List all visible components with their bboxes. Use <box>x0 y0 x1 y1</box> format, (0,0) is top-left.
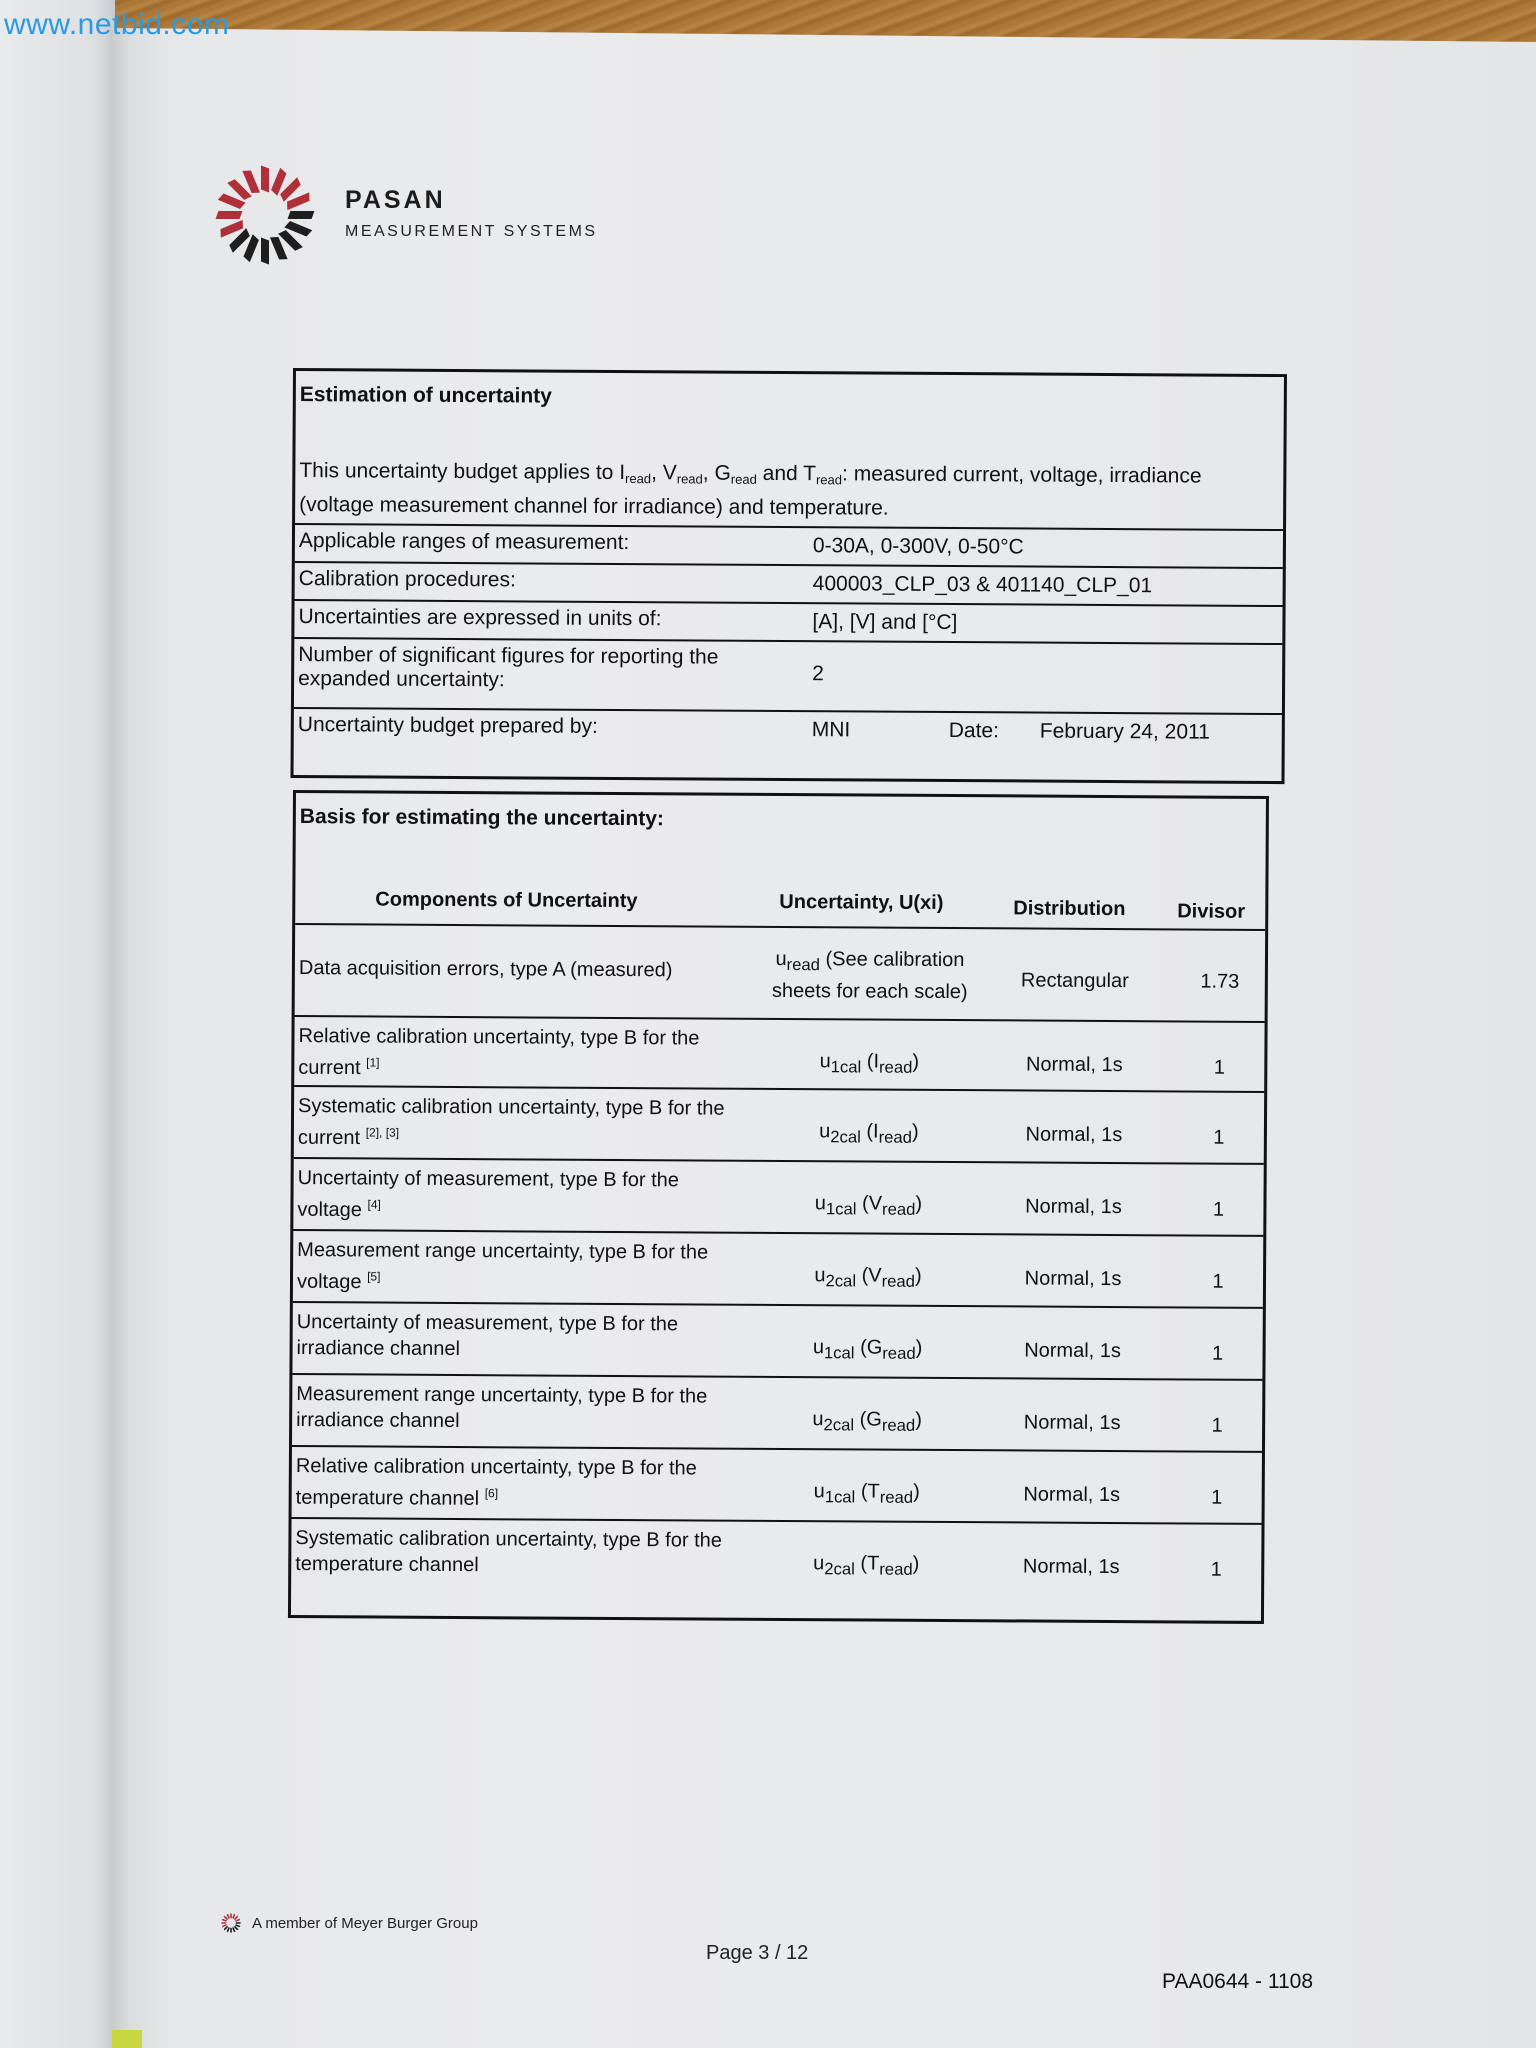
uncertainty-cell: u1cal (Iread) <box>764 1048 974 1081</box>
row-label: Calibration procedures: <box>299 567 769 594</box>
date-value: February 24, 2011 <box>1040 720 1210 745</box>
row-label: Applicable ranges of measurement: <box>299 529 769 556</box>
header-uncertainty: Uncertainty, U(xi) <box>779 891 943 915</box>
header-distribution: Distribution <box>1013 897 1125 921</box>
brand-subtitle: MEASUREMENT SYSTEMS <box>345 223 598 241</box>
divisor-cell: 1 <box>1173 1268 1263 1295</box>
uncertainty-row: Data acquisition errors, type A (measure… <box>295 923 1266 1023</box>
component-cell: Uncertainty of measurement, type B for t… <box>297 1165 737 1225</box>
distribution-cell: Rectangular <box>995 967 1155 994</box>
component-cell: Systematic calibration uncertainty, type… <box>295 1525 735 1580</box>
brand-name: PASAN <box>345 186 598 215</box>
row-value: 400003_CLP_03 & 401140_CLP_01 <box>813 572 1153 598</box>
distribution-cell: Normal, 1s <box>992 1481 1152 1508</box>
uncertainty-cell: u2cal (Gread) <box>762 1406 972 1439</box>
uncertainty-row: Systematic calibration uncertainty, type… <box>294 1085 1264 1165</box>
uncertainty-cell: uread (See calibration sheets for each s… <box>765 946 975 1005</box>
component-cell: Uncertainty of measurement, type B for t… <box>297 1309 737 1364</box>
page-number: Page 3 / 12 <box>706 1942 808 1965</box>
component-cell: Data acquisition errors, type A (measure… <box>299 955 769 984</box>
distribution-cell: Normal, 1s <box>993 1193 1153 1220</box>
row-value: [A], [V] and [°C] <box>812 610 957 635</box>
pasan-logo-icon <box>210 160 320 270</box>
uncertainty-row: Uncertainty of measurement, type B for t… <box>293 1157 1263 1237</box>
divisor-cell: 1 <box>1172 1484 1262 1511</box>
component-cell: Measurement range uncertainty, type B fo… <box>297 1237 737 1297</box>
component-cell: Systematic calibration uncertainty, type… <box>298 1093 738 1153</box>
row-label: Number of significant figures for report… <box>298 643 768 694</box>
basis-title: Basis for estimating the uncertainty: <box>296 793 1266 835</box>
row-label: Uncertainty budget prepared by: <box>298 713 768 740</box>
document-id: PAA0644 - 1108 <box>1162 1970 1313 1994</box>
mini-logo-icon <box>218 1912 244 1934</box>
distribution-cell: Normal, 1s <box>993 1265 1153 1292</box>
distribution-cell: Normal, 1s <box>991 1553 1151 1580</box>
watermark: www.netbid.com <box>4 8 229 42</box>
brand: PASAN MEASUREMENT SYSTEMS <box>345 186 598 241</box>
uncertainty-row: Systematic calibration uncertainty, type… <box>291 1517 1262 1617</box>
component-cell: Relative calibration uncertainty, type B… <box>296 1453 736 1513</box>
estimation-table: Estimation of uncertainty This uncertain… <box>290 368 1286 784</box>
uncertainty-cell: u1cal (Gread) <box>762 1334 972 1367</box>
component-cell: Relative calibration uncertainty, type B… <box>298 1023 738 1083</box>
distribution-cell: Normal, 1s <box>993 1337 1153 1364</box>
member-text: A member of Meyer Burger Group <box>252 1915 478 1932</box>
yellow-tab <box>112 2030 142 2048</box>
row-value: 2 <box>812 662 824 686</box>
uncertainty-row: Measurement range uncertainty, type B fo… <box>292 1373 1262 1453</box>
uncertainty-cell: u2cal (Tread) <box>761 1550 971 1583</box>
row-value: MNI <box>812 718 851 742</box>
uncertainty-cell: u1cal (Tread) <box>762 1478 972 1511</box>
row-value: 0-30A, 0-300V, 0-50°C <box>813 534 1024 559</box>
uncertainty-row: Relative calibration uncertainty, type B… <box>294 1015 1264 1093</box>
header-components: Components of Uncertainty <box>375 889 637 914</box>
footer-member: A member of Meyer Burger Group <box>218 1912 478 1934</box>
basis-table: Basis for estimating the uncertainty: Co… <box>288 790 1269 1624</box>
estimation-intro: This uncertainty budget applies to Iread… <box>295 457 1283 525</box>
divisor-cell: 1 <box>1171 1556 1261 1583</box>
distribution-cell: Normal, 1s <box>992 1409 1152 1436</box>
uncertainty-cell: u1cal (Vread) <box>763 1190 973 1223</box>
previous-page-edge <box>0 0 115 2048</box>
uncertainty-row: Relative calibration uncertainty, type B… <box>292 1445 1262 1525</box>
divisor-cell: 1.73 <box>1175 968 1265 995</box>
uncertainty-row: Measurement range uncertainty, type B fo… <box>293 1229 1263 1309</box>
divisor-cell: 1 <box>1174 1124 1264 1151</box>
divisor-cell: 1 <box>1173 1196 1263 1223</box>
estimation-row: Uncertainty budget prepared by:MNIDate:F… <box>294 707 1282 753</box>
header-divisor: Divisor <box>1177 900 1245 923</box>
estimation-title: Estimation of uncertainty <box>296 371 1284 413</box>
divisor-cell: 1 <box>1174 1054 1264 1081</box>
divisor-cell: 1 <box>1172 1412 1262 1439</box>
uncertainty-cell: u2cal (Vread) <box>763 1262 973 1295</box>
component-cell: Measurement range uncertainty, type B fo… <box>296 1381 736 1436</box>
distribution-cell: Normal, 1s <box>994 1051 1154 1078</box>
divisor-cell: 1 <box>1172 1340 1262 1367</box>
row-label: Uncertainties are expressed in units of: <box>298 605 768 632</box>
uncertainty-row: Uncertainty of measurement, type B for t… <box>292 1301 1262 1381</box>
distribution-cell: Normal, 1s <box>994 1121 1154 1148</box>
date-label: Date: <box>949 719 999 743</box>
estimation-row: Number of significant figures for report… <box>294 637 1282 715</box>
uncertainty-cell: u2cal (Iread) <box>764 1118 974 1151</box>
